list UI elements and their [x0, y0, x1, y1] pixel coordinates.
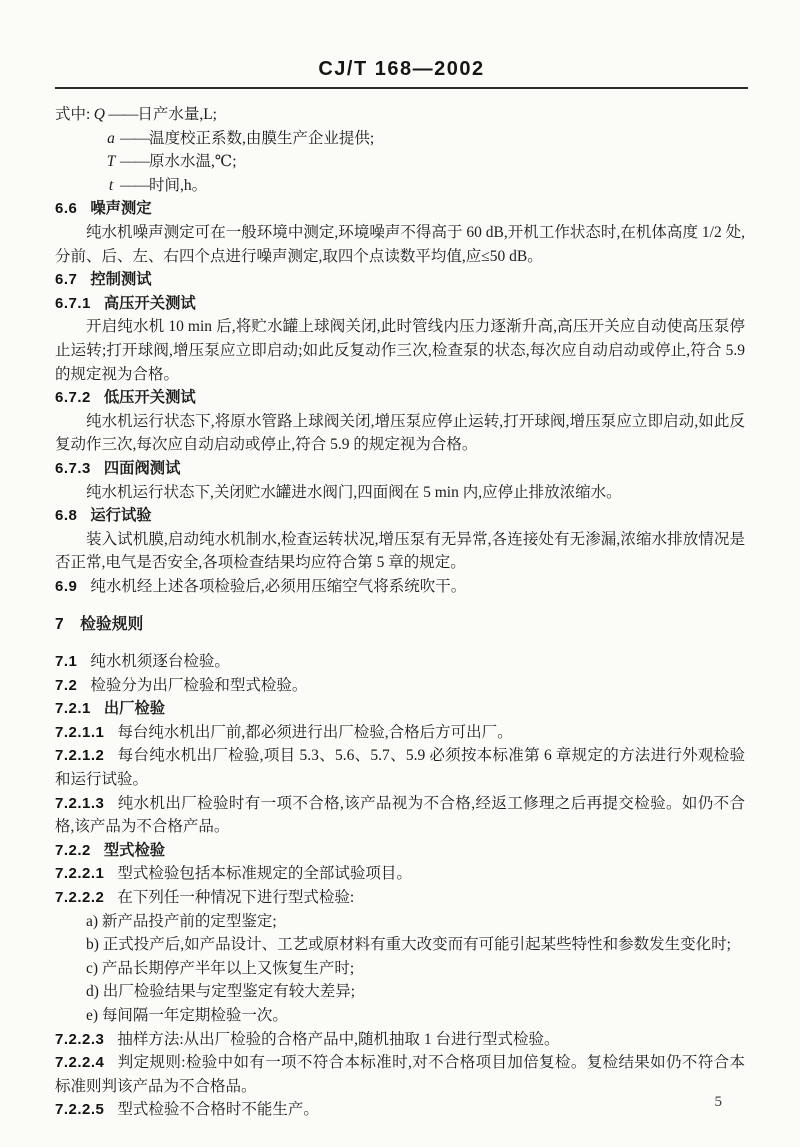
clause-title: 噪声测定: [90, 200, 151, 217]
clause-text: 纯水机经上述各项检验后,必须用压缩空气将系统吹干。: [90, 578, 466, 595]
var-desc: 日产水量,L;: [137, 106, 217, 123]
clause-paragraph-7-2-2-5: 7.2.2.5型式检验不合格时不能生产。: [55, 1098, 745, 1122]
document-page: CJ/T 168—2002 式中:Q——日产水量,L; a——温度校正系数,由膜…: [0, 0, 800, 1147]
clause-number: 7.2: [55, 677, 77, 694]
list-item-e: e) 每间隔一年定期检验一次。: [55, 1004, 745, 1028]
clause-number: 7.2.1.2: [55, 747, 104, 764]
clause-number: 7.2.2.5: [55, 1101, 104, 1118]
header-rule: [55, 87, 748, 89]
var-symbol: a: [102, 127, 120, 151]
var-symbol: t: [102, 174, 120, 198]
clause-number: 7.1: [55, 653, 77, 670]
clause-text: 纯水机须逐台检验。: [90, 653, 230, 670]
page-header: CJ/T 168—2002: [55, 58, 748, 89]
clause-text: 在下列任一种情况下进行型式检验:: [117, 889, 354, 906]
clause-heading-6-7-1: 6.7.1高压开关测试: [55, 292, 745, 316]
clause-paragraph-7-1: 7.1纯水机须逐台检验。: [55, 650, 745, 674]
body-paragraph: 纯水机噪声测定可在一般环境中测定,环境噪声不得高于 60 dB,开机工作状态时,…: [55, 221, 745, 268]
clause-number: 7.2.2.1: [55, 865, 104, 882]
clause-heading-6-8: 6.8运行试验: [55, 504, 745, 528]
clause-number: 7.2.2.3: [55, 1031, 104, 1048]
clause-number: 7.2.1.3: [55, 795, 104, 812]
clause-paragraph-7-2-2-3: 7.2.2.3抽样方法:从出厂检验的合格产品中,随机抽取 1 台进行型式检验。: [55, 1028, 745, 1052]
chapter-number: 7: [55, 616, 64, 633]
clause-title: 四面阀测试: [104, 460, 181, 477]
clause-number: 6.7: [55, 271, 77, 288]
clause-text: 检验分为出厂检验和型式检验。: [90, 677, 307, 694]
clause-text: 每台纯水机出厂前,都必须进行出厂检验,合格后方可出厂。: [117, 724, 512, 741]
body-paragraph: 装入试机膜,启动纯水机制水,检查运转状况,增压泵有无异常,各连接处有无渗漏,浓缩…: [55, 528, 745, 575]
clause-heading-6-7-3: 6.7.3四面阀测试: [55, 457, 745, 481]
formula-var-line: 式中:Q——日产水量,L;: [55, 103, 745, 127]
clause-number: 6.6: [55, 200, 77, 217]
chapter-title: 检验规则: [80, 616, 143, 633]
clause-paragraph-7-2-1-3: 7.2.1.3纯水机出厂检验时有一项不合格,该产品视为不合格,经返工修理之后再提…: [55, 792, 745, 839]
clause-paragraph-7-2-1-1: 7.2.1.1每台纯水机出厂前,都必须进行出厂检验,合格后方可出厂。: [55, 721, 745, 745]
chapter-heading-7: 7检验规则: [55, 613, 745, 637]
clause-title: 出厂检验: [104, 700, 165, 717]
clause-heading-6-7-2: 6.7.2低压开关测试: [55, 386, 745, 410]
var-dash: ——: [120, 130, 149, 147]
clause-number: 7.2.1.1: [55, 724, 104, 741]
clause-number: 7.2.2: [55, 842, 91, 859]
clause-text: 纯水机出厂检验时有一项不合格,该产品视为不合格,经返工修理之后再提交检验。如仍不…: [55, 795, 745, 836]
var-dash: ——: [108, 106, 137, 123]
clause-paragraph-7-2-2-1: 7.2.2.1型式检验包括本标准规定的全部试验项目。: [55, 862, 745, 886]
list-item-d: d) 出厂检验结果与定型鉴定有较大差异;: [55, 980, 745, 1004]
clause-paragraph-6-9: 6.9纯水机经上述各项检验后,必须用压缩空气将系统吹干。: [55, 575, 745, 599]
list-item-c: c) 产品长期停产半年以上又恢复生产时;: [55, 957, 745, 981]
clause-heading-7-2-1: 7.2.1出厂检验: [55, 697, 745, 721]
clause-title: 型式检验: [104, 842, 165, 859]
clause-text: 型式检验不合格时不能生产。: [117, 1101, 319, 1118]
var-dash: ——: [120, 177, 149, 194]
clause-number: 7.2.2.4: [55, 1054, 104, 1071]
clause-number: 7.2.2.2: [55, 889, 104, 906]
clause-number: 6.7.1: [55, 295, 91, 312]
clause-text: 型式检验包括本标准规定的全部试验项目。: [117, 865, 412, 882]
clause-paragraph-7-2-2-2: 7.2.2.2在下列任一种情况下进行型式检验:: [55, 886, 745, 910]
clause-title: 低压开关测试: [104, 389, 196, 406]
list-item-a: a) 新产品投产前的定型鉴定;: [55, 910, 745, 934]
var-dash: ——: [120, 153, 149, 170]
var-desc: 温度校正系数,由膜生产企业提供;: [149, 130, 374, 147]
formula-where-block: 式中:Q——日产水量,L; a——温度校正系数,由膜生产企业提供; T——原水水…: [55, 103, 745, 197]
clause-paragraph-7-2-2-4: 7.2.2.4判定规则:检验中如有一项不符合本标准时,对不合格项目加倍复检。复检…: [55, 1051, 745, 1098]
clause-heading-6-7: 6.7控制测试: [55, 268, 745, 292]
formula-var-line: T——原水水温,℃;: [55, 150, 745, 174]
standard-code: CJ/T 168—2002: [318, 58, 484, 80]
clause-title: 控制测试: [90, 271, 151, 288]
var-symbol: T: [102, 150, 120, 174]
page-content: 式中:Q——日产水量,L; a——温度校正系数,由膜生产企业提供; T——原水水…: [55, 103, 745, 1122]
formula-var-line: a——温度校正系数,由膜生产企业提供;: [55, 127, 745, 151]
var-desc: 原水水温,℃;: [149, 153, 237, 170]
clause-text: 判定规则:检验中如有一项不符合本标准时,对不合格项目加倍复检。复检结果如仍不符合…: [55, 1054, 745, 1095]
clause-number: 6.8: [55, 507, 77, 524]
clause-number: 6.7.3: [55, 460, 91, 477]
clause-number: 6.7.2: [55, 389, 91, 406]
clause-number: 6.9: [55, 578, 77, 595]
where-lead: 式中:: [55, 106, 90, 123]
clause-heading-6-6: 6.6噪声测定: [55, 197, 745, 221]
list-item-b: b) 正式投产后,如产品设计、工艺或原材料有重大改变而有可能引起某些特性和参数发…: [55, 933, 745, 957]
clause-heading-7-2-2: 7.2.2型式检验: [55, 839, 745, 863]
body-paragraph: 纯水机运行状态下,关闭贮水罐进水阀门,四面阀在 5 min 内,应停止排放浓缩水…: [55, 481, 745, 505]
clause-number: 7.2.1: [55, 700, 91, 717]
clause-text: 抽样方法:从出厂检验的合格产品中,随机抽取 1 台进行型式检验。: [117, 1031, 559, 1048]
clause-title: 运行试验: [90, 507, 151, 524]
page-number: 5: [715, 1094, 723, 1111]
var-symbol: Q: [90, 103, 108, 127]
body-paragraph: 纯水机运行状态下,将原水管路上球阀关闭,增压泵应停止运转,打开球阀,增压泵应立即…: [55, 410, 745, 457]
formula-var-line: t——时间,h。: [55, 174, 745, 198]
var-desc: 时间,h。: [149, 177, 207, 194]
clause-title: 高压开关测试: [104, 295, 196, 312]
clause-text: 每台纯水机出厂检验,项目 5.3、5.6、5.7、5.9 必须按本标准第 6 章…: [55, 747, 745, 788]
clause-paragraph-7-2: 7.2检验分为出厂检验和型式检验。: [55, 674, 745, 698]
clause-paragraph-7-2-1-2: 7.2.1.2每台纯水机出厂检验,项目 5.3、5.6、5.7、5.9 必须按本…: [55, 744, 745, 791]
body-paragraph: 开启纯水机 10 min 后,将贮水罐上球阀关闭,此时管线内压力逐渐升高,高压开…: [55, 315, 745, 386]
